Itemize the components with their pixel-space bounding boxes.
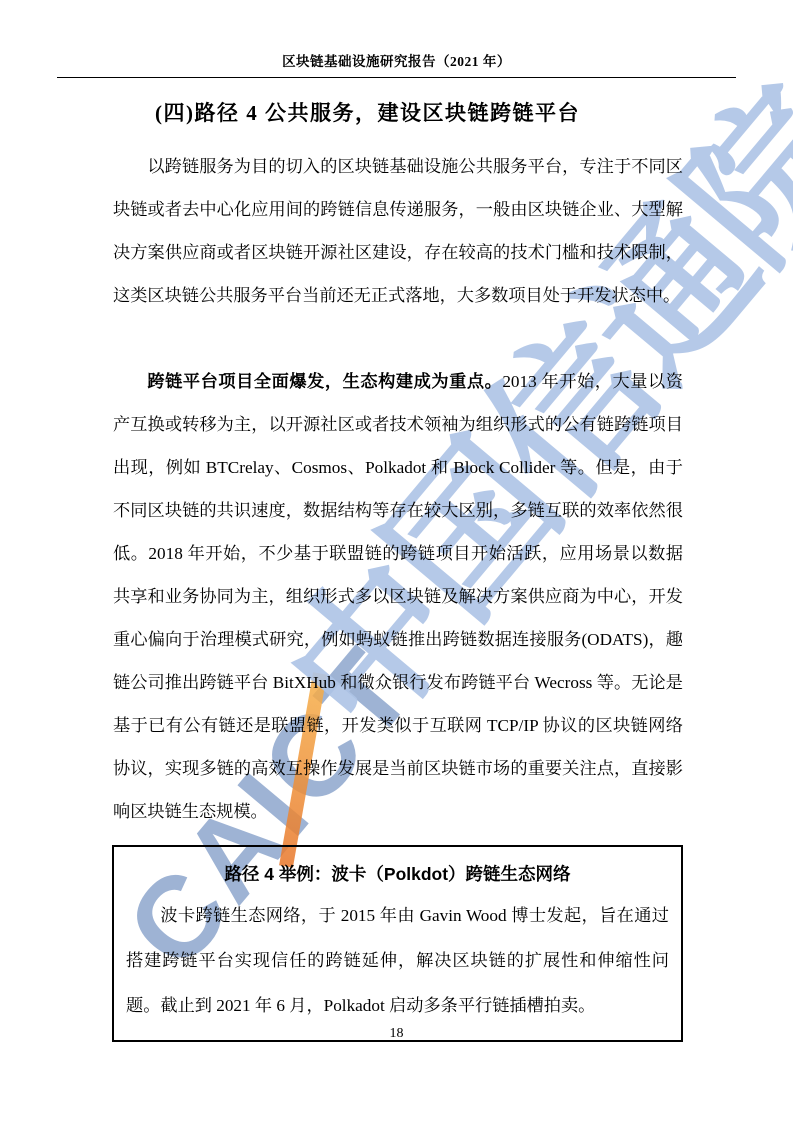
paragraph-body-text: 2013 年开始，大量以资产互换或转移为主，以开源社区或者技术领袖为组织形式的公… [113, 372, 683, 821]
document-page: CAICT 中国信通院 区块链基础设施研究报告（2021 年） (四)路径 4 … [0, 0, 793, 1122]
header-rule [57, 77, 736, 78]
example-box-body: 波卡跨链生态网络，于 2015 年由 Gavin Wood 博士发起，旨在通过搭… [114, 889, 681, 1040]
section-heading: (四)路径 4 公共服务，建设区块链跨链平台 [155, 97, 580, 127]
paragraph-bold-lead: 跨链平台项目全面爆发，生态构建成为重点。 [147, 372, 502, 391]
example-box: 路径 4 举例：波卡（Polkdot）跨链生态网络 波卡跨链生态网络，于 201… [112, 845, 683, 1042]
running-header: 区块链基础设施研究报告（2021 年） [0, 50, 793, 70]
page-content: 区块链基础设施研究报告（2021 年） (四)路径 4 公共服务，建设区块链跨链… [0, 0, 793, 1122]
page-number: 18 [0, 1026, 793, 1042]
paragraph-crosschain-history: 跨链平台项目全面爆发，生态构建成为重点。2013 年开始，大量以资产互换或转移为… [113, 360, 683, 833]
paragraph-intro: 以跨链服务为目的切入的区块链基础设施公共服务平台，专注于不同区块链或者去中心化应… [113, 145, 683, 317]
example-box-title: 路径 4 举例：波卡（Polkdot）跨链生态网络 [114, 847, 681, 889]
